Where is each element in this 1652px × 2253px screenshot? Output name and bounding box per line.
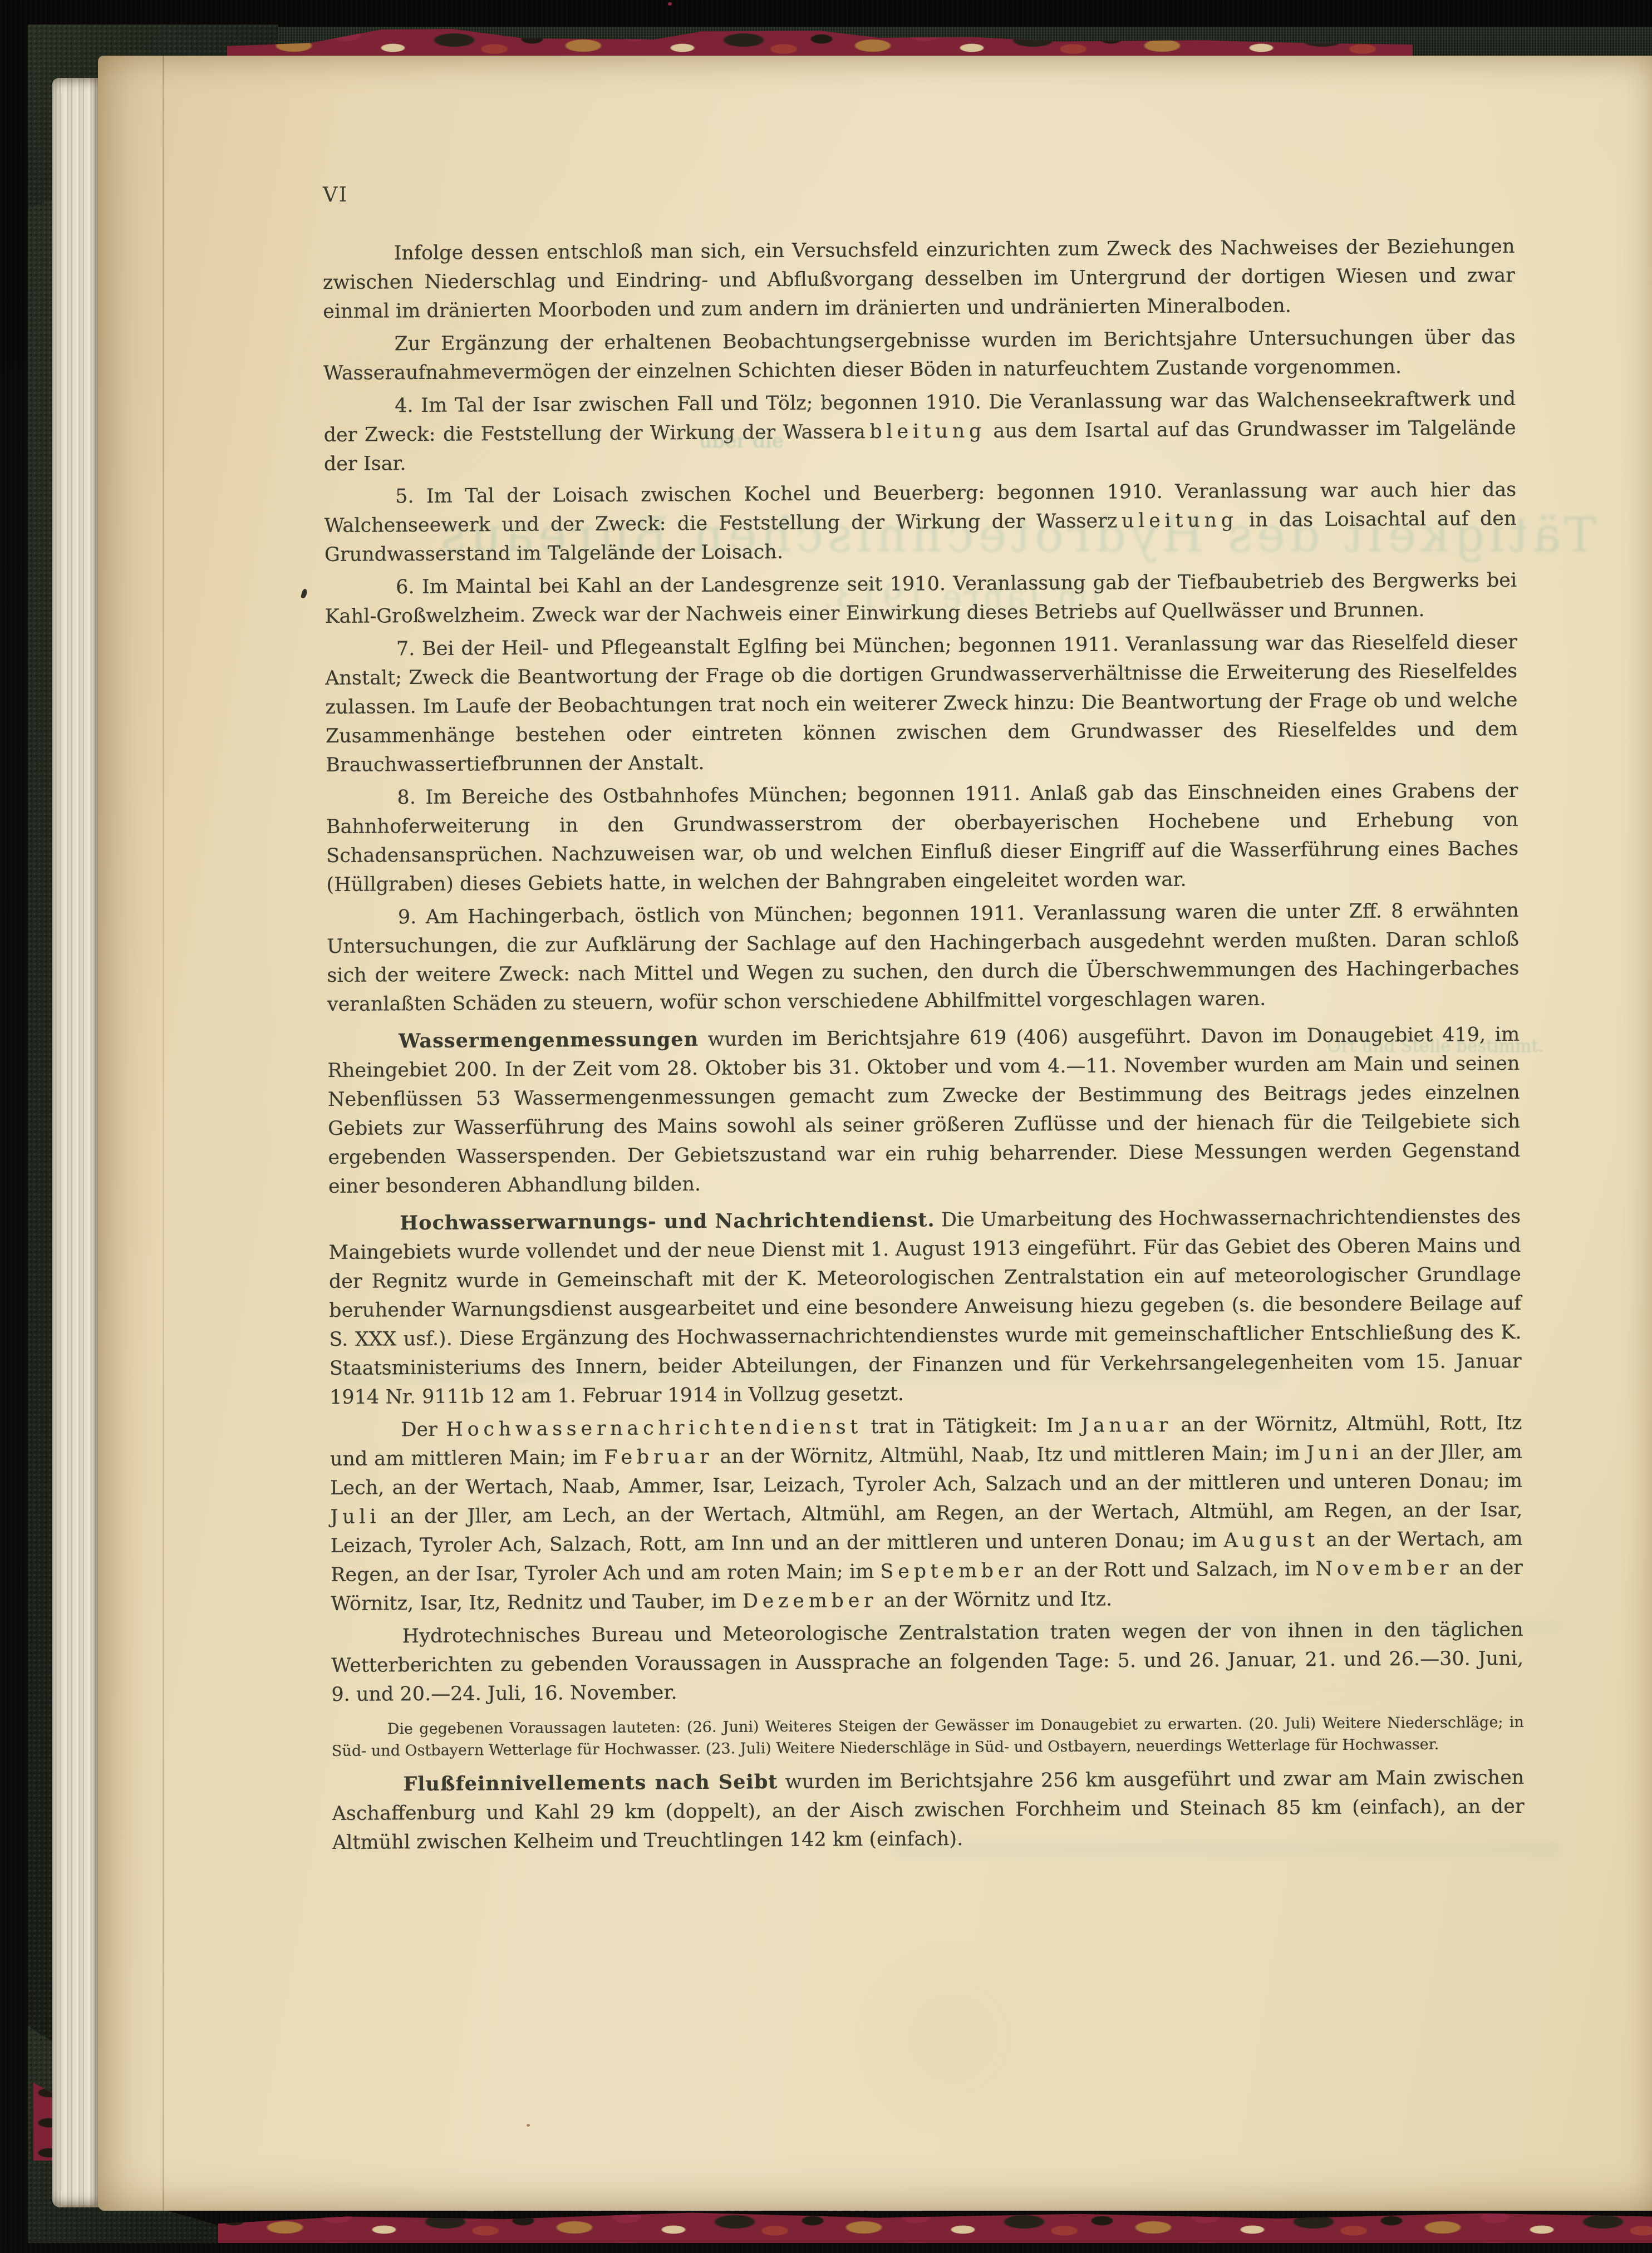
- para-item-4-isar: 4. Im Tal der Isar zwischen Fall und Töl…: [323, 385, 1516, 479]
- para-item-9-hachingerbach: 9. Am Hachingerbach, östlich von München…: [327, 896, 1520, 1019]
- para-item-6-maintal: 6. Im Maintal bei Kahl an der Landesgren…: [324, 566, 1517, 631]
- paper-speck: [527, 2124, 530, 2127]
- para-versuchsfeld: Infolge dessen entschloß man sich, ein V…: [322, 232, 1515, 326]
- text-layer: Infolge dessen entschloß man sich, ein V…: [322, 178, 1525, 1857]
- para-dienst-taetigkeit: Der Hochwassernachrichtendienst trat in …: [330, 1409, 1523, 1619]
- para-item-8-ostbahnhof: 8. Im Bereiche des Ostbahnhofes München;…: [326, 776, 1518, 899]
- para-wassermengenmessungen: Wassermengenmessungen wurden im Berichts…: [327, 1020, 1521, 1201]
- scanned-page: Tätigkeit des Hydrotechnischen Bureaus i…: [98, 56, 1652, 2211]
- page-gutter-crease: [163, 56, 164, 2211]
- ink-speck: [301, 588, 308, 599]
- page-stack-edge: [52, 78, 99, 2207]
- para-wetterberichte: Hydrotechnisches Bureau und Meteorologis…: [331, 1615, 1524, 1709]
- para-flussfeinnivellements: Flußfeinnivellements nach Seibt wurden i…: [332, 1763, 1525, 1857]
- para-hochwasserwarnungsdienst: Hochwasserwarnungs- und Nachrichtendiens…: [328, 1202, 1522, 1412]
- para-voraussagen-note: Die gegebenen Voraussagen lauteten: (26.…: [332, 1711, 1524, 1762]
- para-item-5-loisach: 5. Im Tal der Loisach zwischen Kochel un…: [324, 475, 1517, 569]
- text-column: Infolge dessen entschloß man sich, ein V…: [322, 232, 1525, 1857]
- para-ergaenzung: Zur Ergänzung der erhaltenen Beobachtung…: [323, 323, 1516, 388]
- para-item-7-eglfing: 7. Bei der Heil- und Pflegeanstalt Eglfi…: [325, 628, 1518, 780]
